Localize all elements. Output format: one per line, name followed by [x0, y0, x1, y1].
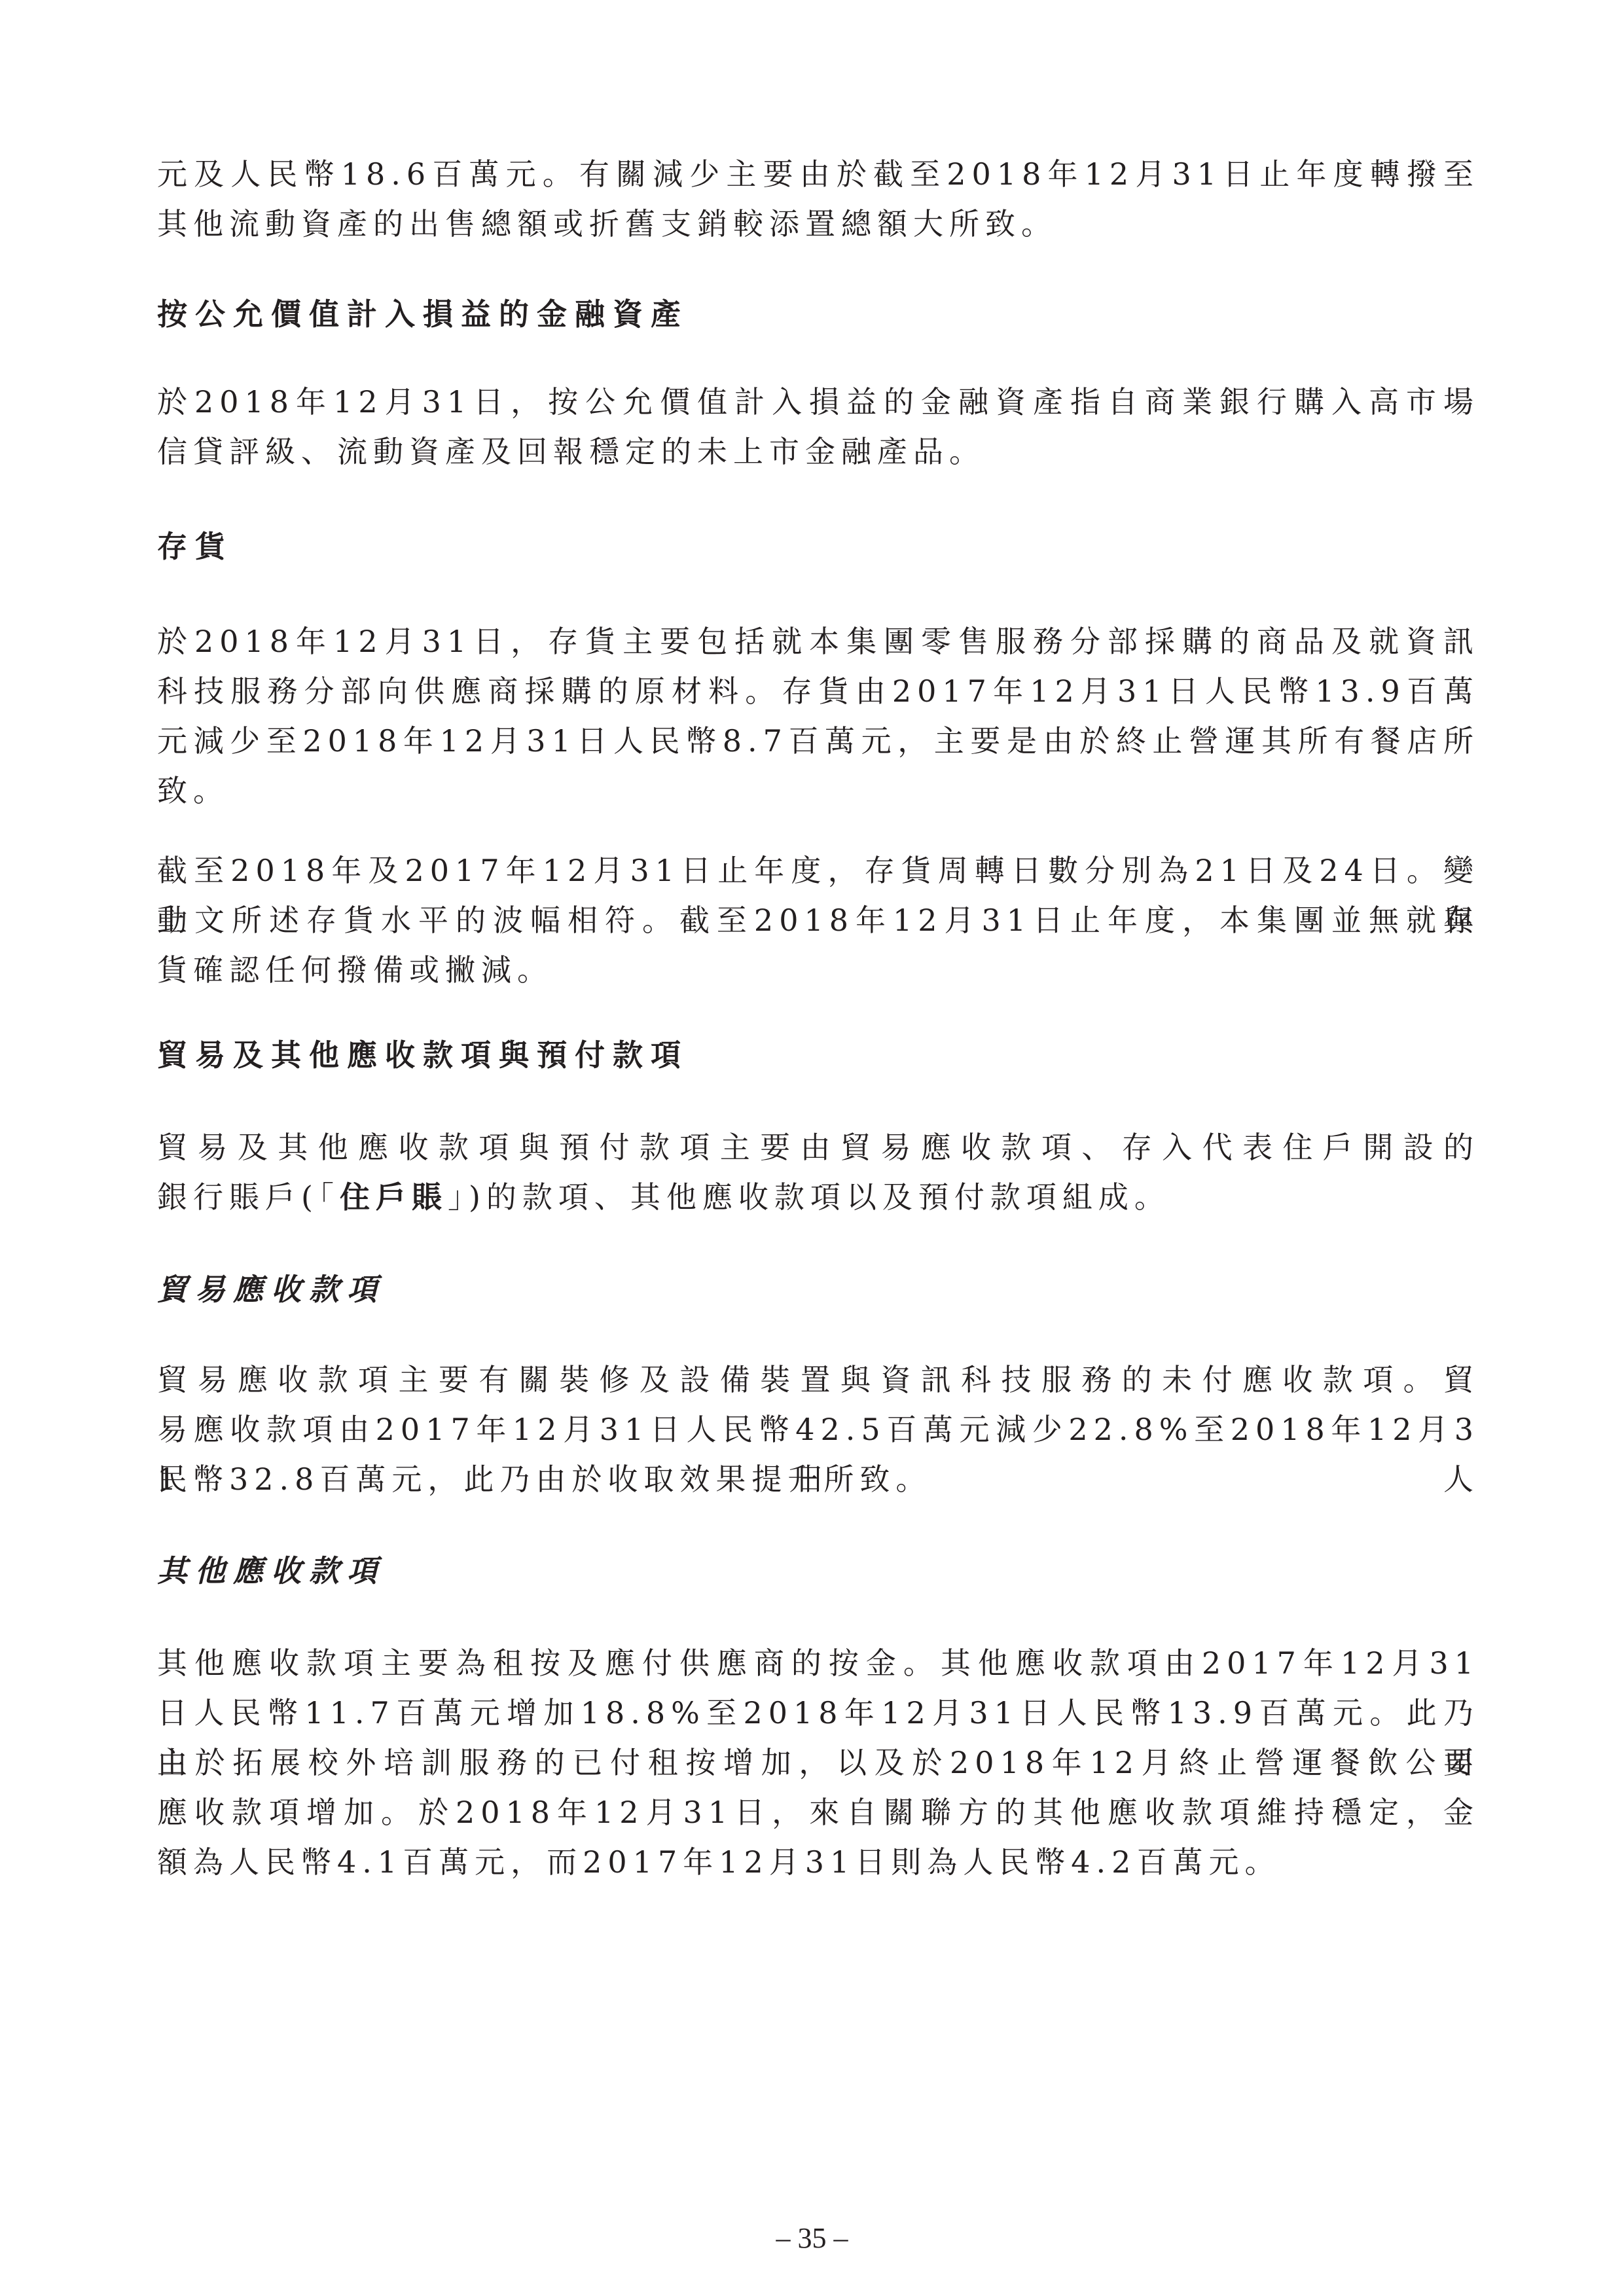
inventories-paragraph-1: 於2018年12月31日，存貨主要包括就本集團零售服務分部採購的商品及就資訊 科…: [157, 617, 1479, 816]
text-line: 額為人民幣4.1百萬元，而2017年12月31日則為人民幣4.2百萬元。: [157, 1837, 1479, 1887]
subsection-heading: 貿易應收款項: [157, 1270, 1479, 1309]
paragraph: 截至2018年及2017年12月31日止年度，存貨周轉日數分別為21日及24日。…: [157, 846, 1479, 995]
section-trade-receivables: 貿易應收款項: [157, 1270, 1479, 1309]
text-line: 截至2018年及2017年12月31日止年度，存貨周轉日數分別為21日及24日。…: [157, 846, 1479, 895]
trade-other-receivables-paragraph: 貿易及其他應收款項與預付款項主要由貿易應收款項、存入代表住戶開設的 銀行賬戶(「…: [157, 1122, 1479, 1222]
text-line: 元減少至2018年12月31日人民幣8.7百萬元，主要是由於終止營運其所有餐店所: [157, 716, 1479, 766]
text-line: 其他流動資產的出售總額或折舊支銷較添置總額大所致。: [157, 199, 1479, 249]
section-trade-other-receivables: 貿易及其他應收款項與預付款項: [157, 1035, 1479, 1075]
text-line: 貨確認任何撥備或撇減。: [157, 945, 1479, 995]
paragraph: 貿易及其他應收款項與預付款項主要由貿易應收款項、存入代表住戶開設的 銀行賬戶(「…: [157, 1122, 1479, 1222]
inventories-paragraph-2: 截至2018年及2017年12月31日止年度，存貨周轉日數分別為21日及24日。…: [157, 846, 1479, 995]
fvtpl-paragraph-block: 於2018年12月31日，按公允價值計入損益的金融資產指自商業銀行購入高市場 信…: [157, 377, 1479, 476]
text-line: 信貸評級、流動資產及回報穩定的未上市金融產品。: [157, 427, 1479, 476]
section-heading: 貿易及其他應收款項與預付款項: [157, 1035, 1479, 1075]
text-line: 應收款項增加。於2018年12月31日，來自關聯方的其他應收款項維持穩定，金: [157, 1787, 1479, 1837]
paragraph: 貿易應收款項主要有關裝修及設備裝置與資訊科技服務的未付應收款項。貿 易應收款項由…: [157, 1355, 1479, 1504]
text-line: 由於拓展校外培訓服務的已付租按增加，以及於2018年12月終止營運餐飲公司: [157, 1738, 1479, 1787]
text-line: 銀行賬戶(「住戶賬」)的款項、其他應收款項以及預付款項組成。: [157, 1172, 1479, 1222]
section-fvtpl: 按公允價值計入損益的金融資產: [157, 295, 1479, 334]
section-heading: 按公允價值計入損益的金融資產: [157, 295, 1479, 334]
text-line: 易應收款項由2017年12月31日人民幣42.5百萬元減少22.8%至2018年…: [157, 1405, 1479, 1454]
section-other-receivables: 其他應收款項: [157, 1551, 1479, 1590]
defined-term: 住戶賬: [340, 1179, 448, 1215]
paragraph: 元及人民幣18.6百萬元。有關減少主要由於截至2018年12月31日止年度轉撥至…: [157, 149, 1479, 249]
text-line: 其他應收款項主要為租按及應付供應商的按金。其他應收款項由2017年12月31: [157, 1638, 1479, 1688]
section-heading: 存貨: [157, 527, 1479, 566]
text-line: 貿易應收款項主要有關裝修及設備裝置與資訊科技服務的未付應收款項。貿: [157, 1355, 1479, 1405]
text-line: 致。: [157, 766, 1479, 816]
continued-paragraph-block: 元及人民幣18.6百萬元。有關減少主要由於截至2018年12月31日止年度轉撥至…: [157, 149, 1479, 249]
subsection-heading: 其他應收款項: [157, 1551, 1479, 1590]
paragraph: 於2018年12月31日，按公允價值計入損益的金融資產指自商業銀行購入高市場 信…: [157, 377, 1479, 476]
text-line: 於2018年12月31日，存貨主要包括就本集團零售服務分部採購的商品及就資訊: [157, 617, 1479, 666]
text-line: 日人民幣11.7百萬元增加18.8%至2018年12月31日人民幣13.9百萬元…: [157, 1688, 1479, 1738]
page-number: – 35 –: [0, 2222, 1624, 2255]
text-line: 貿易及其他應收款項與預付款項主要由貿易應收款項、存入代表住戶開設的: [157, 1122, 1479, 1172]
text-fragment: 」)的款項、其他應收款項以及預付款項組成。: [448, 1179, 1170, 1215]
paragraph: 其他應收款項主要為租按及應付供應商的按金。其他應收款項由2017年12月31 日…: [157, 1638, 1479, 1887]
text-line: 上文所述存貨水平的波幅相符。截至2018年12月31日止年度，本集團並無就存: [157, 895, 1479, 945]
text-fragment: 銀行賬戶(「: [157, 1179, 340, 1215]
text-line: 科技服務分部向供應商採購的原材料。存貨由2017年12月31日人民幣13.9百萬: [157, 666, 1479, 716]
text-line: 元及人民幣18.6百萬元。有關減少主要由於截至2018年12月31日止年度轉撥至: [157, 149, 1479, 199]
trade-receivables-paragraph: 貿易應收款項主要有關裝修及設備裝置與資訊科技服務的未付應收款項。貿 易應收款項由…: [157, 1355, 1479, 1504]
section-inventories: 存貨: [157, 527, 1479, 566]
text-line: 於2018年12月31日，按公允價值計入損益的金融資產指自商業銀行購入高市場: [157, 377, 1479, 427]
paragraph: 於2018年12月31日，存貨主要包括就本集團零售服務分部採購的商品及就資訊 科…: [157, 617, 1479, 816]
other-receivables-paragraph: 其他應收款項主要為租按及應付供應商的按金。其他應收款項由2017年12月31 日…: [157, 1638, 1479, 1887]
